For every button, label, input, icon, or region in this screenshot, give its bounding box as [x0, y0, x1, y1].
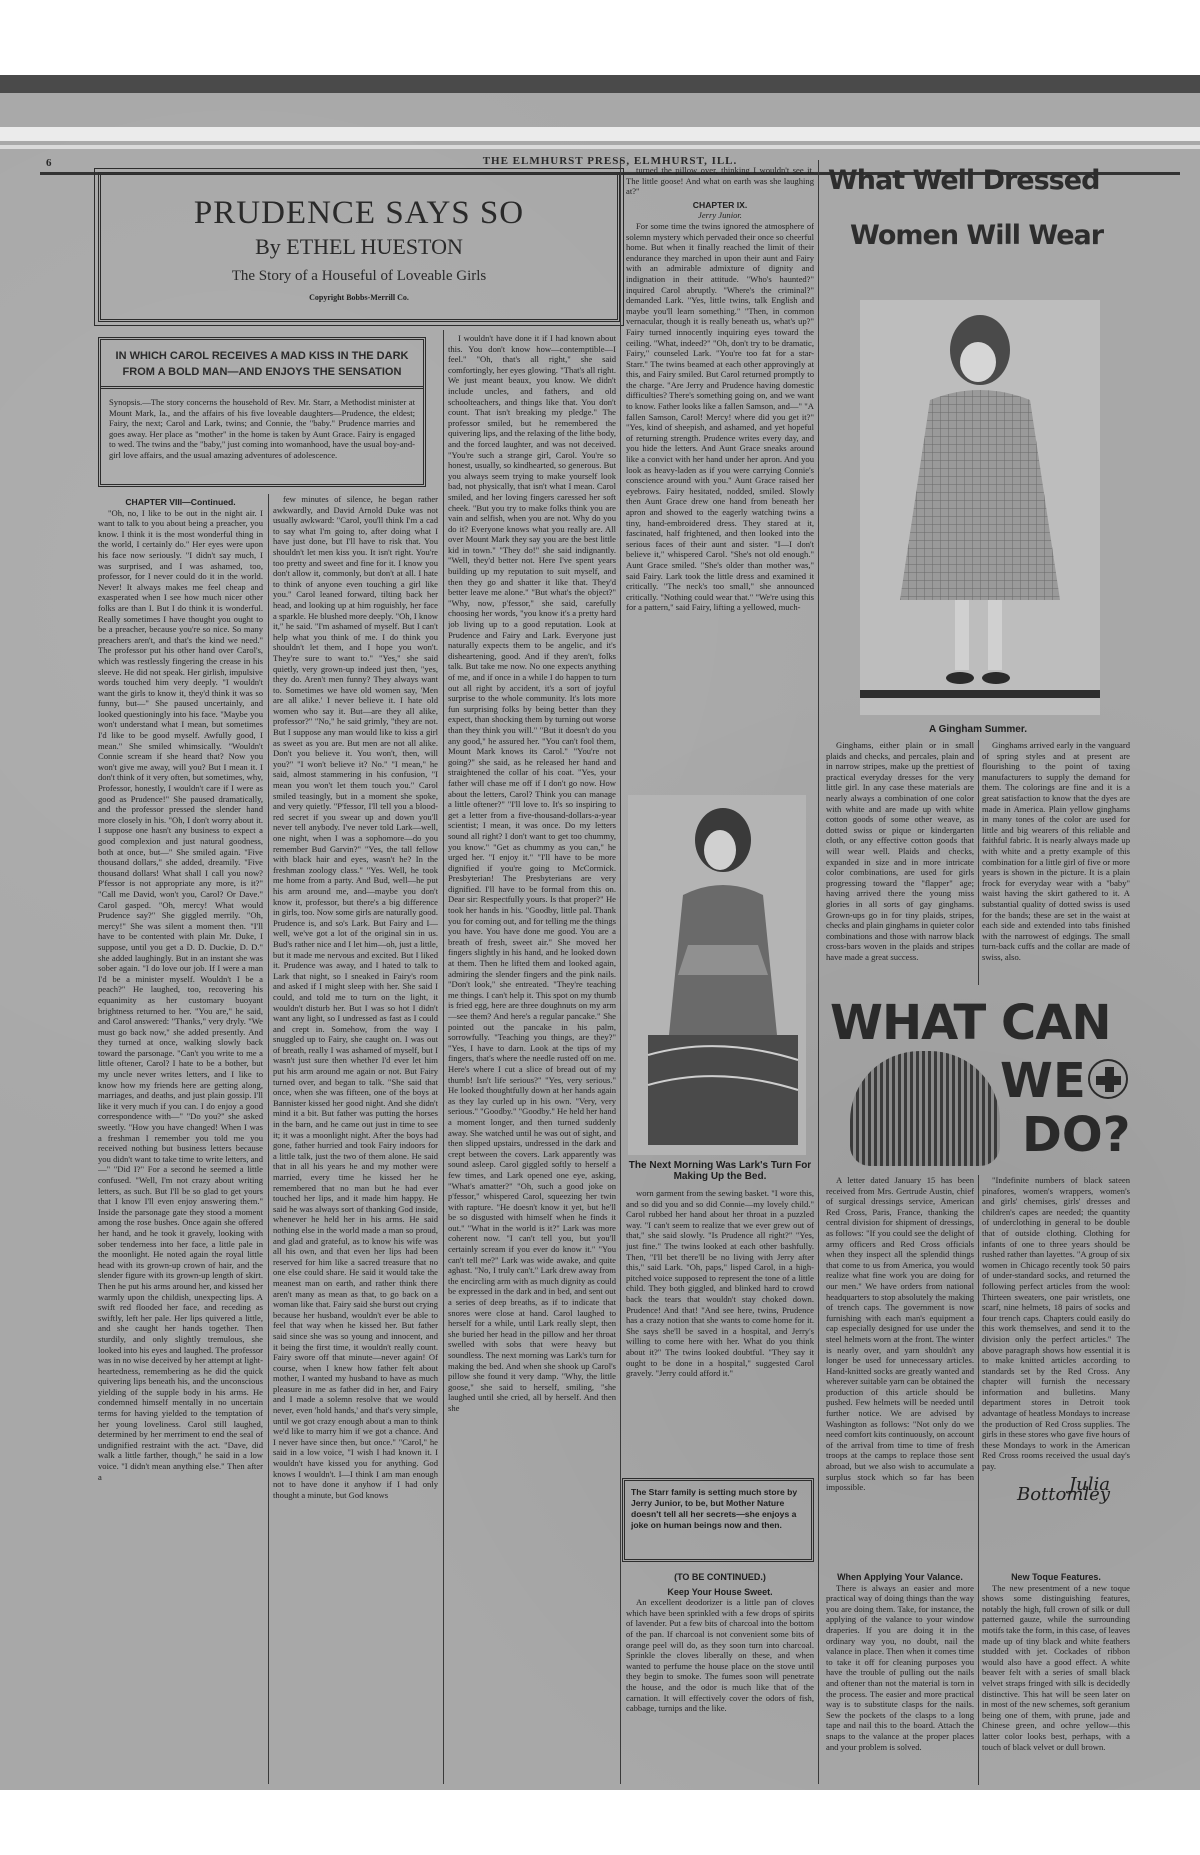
- author-signature: Julia Bottomley: [982, 1480, 1130, 1501]
- serial-byline: By ETHEL HUESTON: [101, 234, 617, 260]
- to-be-continued: (TO BE CONTINUED.): [626, 1572, 814, 1583]
- chapter-viii-heading: CHAPTER VIII—Continued.: [98, 497, 263, 508]
- house-sweet-column: (TO BE CONTINUED.) Keep Your House Sweet…: [626, 1568, 814, 1784]
- chapter-ix-heading: CHAPTER IX.: [626, 200, 814, 211]
- red-cross-column-left: A letter dated January 15 has been recei…: [826, 1175, 974, 1560]
- column-rule: [818, 160, 819, 1784]
- column-rule: [268, 494, 269, 1784]
- house-sweet-text: An excellent deodorizer is a little pan …: [626, 1597, 814, 1714]
- red-cross-text-left: A letter dated January 15 has been recei…: [826, 1175, 974, 1493]
- red-cross-headline: WHAT CAN WE DO?: [830, 995, 1130, 1170]
- serial-copyright: Copyright Bobbs-Merrill Co.: [101, 293, 617, 302]
- serial-title: PRUDENCE SAYS SO: [101, 195, 617, 232]
- synopsis-text: Synopsis.—The story concerns the househo…: [101, 389, 423, 469]
- serial-title-box: PRUDENCE SAYS SO By ETHEL HUESTON The St…: [98, 172, 620, 322]
- headline-line1: WHAT CAN: [830, 995, 1111, 1051]
- house-sweet-heading: Keep Your House Sweet.: [626, 1587, 814, 1598]
- column-rule: [443, 330, 444, 1784]
- synopsis-box: IN WHICH CAROL RECEIVES A MAD KISS IN TH…: [98, 337, 426, 487]
- headline-line3: DO?: [1022, 1107, 1131, 1163]
- knitting-bag-icon: [850, 1051, 1000, 1166]
- red-cross-column-right: "Indefinite numbers of black sateen pina…: [982, 1175, 1130, 1560]
- column-rule: [978, 740, 979, 985]
- column-rule: [620, 160, 621, 1784]
- serial-text-col4: For some time the twins ignored the atmo…: [626, 221, 814, 613]
- scan-artifact-streak-thin: [0, 145, 1200, 149]
- red-cross-text-right: "Indefinite numbers of black sateen pina…: [982, 1175, 1130, 1472]
- serial-column-4-continued: worn garment from the sewing basket. "I …: [626, 1188, 814, 1473]
- serial-text-col1: "Oh, no, I like to be out in the night a…: [98, 508, 263, 1483]
- chapter-headline: IN WHICH CAROL RECEIVES A MAD KISS IN TH…: [101, 340, 423, 389]
- sewing-illustration: [628, 795, 806, 1155]
- serial-column-1: CHAPTER VIII—Continued. "Oh, no, I like …: [98, 494, 263, 1784]
- serial-text-col4-top: turned the pillow over, thinking I would…: [626, 165, 814, 197]
- fashion-header-line2: Women Will Wear: [850, 220, 1128, 251]
- fashion-column-left: Ginghams, either plain or in small plaid…: [826, 740, 974, 985]
- fashion-text-right: Ginghams arrived early in the vanguard o…: [982, 740, 1130, 962]
- valance-column: When Applying Your Valance. There is alw…: [826, 1568, 974, 1784]
- scan-artifact-streak: [0, 127, 1200, 141]
- fashion-column-right: Ginghams arrived early in the vanguard o…: [982, 740, 1130, 985]
- girl-in-gingham-icon: [860, 300, 1100, 715]
- toque-heading: New Toque Features.: [982, 1572, 1130, 1583]
- toque-column: New Toque Features. The new presentment …: [982, 1568, 1130, 1784]
- chapter-ix-subtitle: Jerry Junior.: [626, 210, 814, 221]
- serial-column-3: I wouldn't have done it if I had known a…: [448, 333, 616, 1784]
- fashion-text-left: Ginghams, either plain or in small plaid…: [826, 740, 974, 962]
- gingham-girl-illustration: [860, 300, 1100, 715]
- gingham-caption: A Gingham Summer.: [828, 724, 1128, 735]
- scan-top-band: [0, 75, 1200, 93]
- valance-heading: When Applying Your Valance.: [826, 1572, 974, 1583]
- fashion-header-line1: What Well Dressed: [828, 165, 1128, 196]
- serial-text-col3: I wouldn't have done it if I had known a…: [448, 333, 616, 1414]
- page-number: 6: [46, 157, 53, 169]
- valance-text: There is always an easier and more pract…: [826, 1583, 974, 1753]
- serial-subtitle: The Story of a Houseful of Loveable Girl…: [101, 268, 617, 285]
- girl-sewing-icon: [628, 795, 806, 1155]
- column-rule: [978, 1175, 979, 1785]
- red-cross-icon: [1088, 1059, 1128, 1099]
- toque-text: The new presentment of a new toque shows…: [982, 1583, 1130, 1753]
- sewing-image-caption: The Next Morning Was Lark's Turn For Mak…: [626, 1160, 814, 1182]
- serial-text-col2: few minutes of silence, he began rather …: [273, 494, 438, 1500]
- serial-column-4: turned the pillow over, thinking I would…: [626, 165, 814, 790]
- fashion-header: What Well Dressed Women Will Wear: [828, 165, 1128, 285]
- boxed-teaser-note: The Starr family is setting much store b…: [622, 1478, 814, 1562]
- serial-column-2: few minutes of silence, he began rather …: [273, 494, 438, 1784]
- headline-line2: WE: [1000, 1053, 1086, 1109]
- serial-text-col4-after-image: worn garment from the sewing basket. "I …: [626, 1188, 814, 1379]
